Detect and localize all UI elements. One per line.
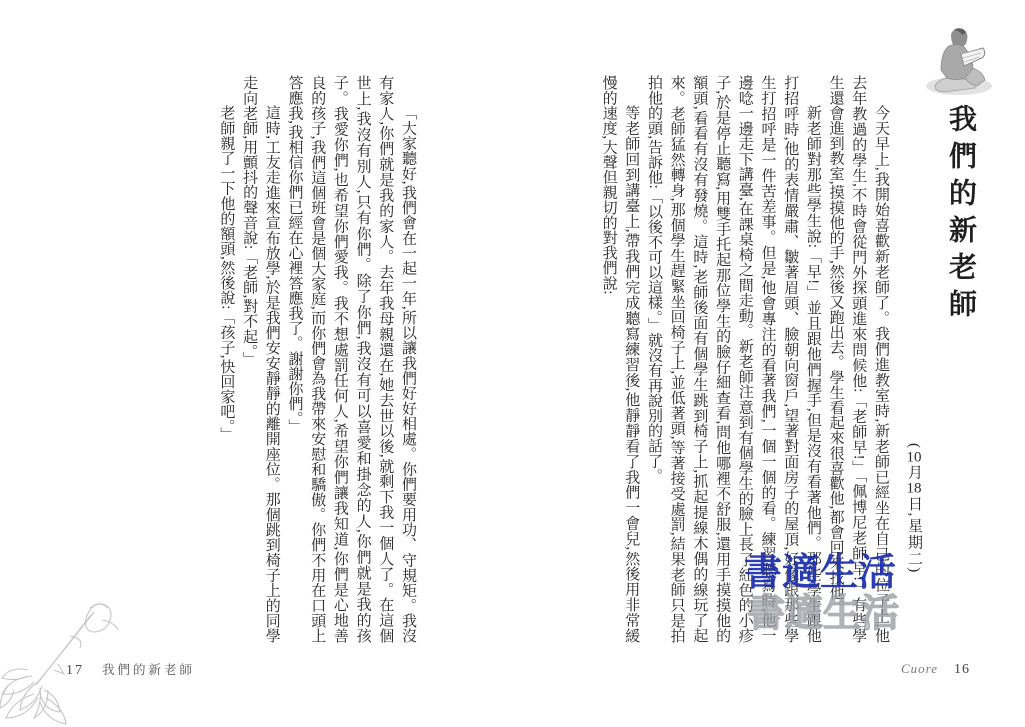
- date-month-char: 月: [906, 465, 922, 482]
- page-16-text: 今天早上,我開始喜歡新老師了。我們進教室時,新老師已經坐在自己的位子上,他去年教…: [574, 75, 892, 643]
- paragraph: 等老師回到講臺上,帶我們完成聽寫練習後,他靜靜看了我們一會兒,然後用非常緩慢的速…: [597, 75, 642, 643]
- page-number-left: 17: [66, 663, 84, 679]
- paragraph: 今天早上,我開始喜歡新老師了。我們進教室時,新老師已經坐在自己的位子上,他去年教…: [824, 75, 892, 643]
- chapter-title: 我們的新老師: [940, 104, 980, 344]
- flower-line-illustration: [0, 590, 138, 727]
- footer-chapter-title: 我們的新老師: [102, 660, 195, 678]
- date-month-number: 10: [906, 450, 922, 465]
- page-17-text: 「大家聽好,我們會在一起一年,所以讓我們好好相處。你們要用功、守規矩。我沒有家人…: [213, 75, 419, 643]
- chapter-date: (10月18日,星期二): [904, 443, 925, 643]
- footer-book-title: Cuore: [901, 661, 938, 677]
- date-day-number: 18: [906, 481, 922, 496]
- date-rest: 日,星期二): [906, 496, 922, 574]
- page-number-right: 16: [954, 662, 970, 678]
- footer-left: 17 我們的新老師: [66, 660, 195, 679]
- paragraph: 「大家聽好,我們會在一起一年,所以讓我們好好相處。你們要用功、守規矩。我沒有家人…: [283, 75, 419, 643]
- paragraph: 老師親了一下他的額頭,然後說:「孩子,快回家吧。」: [215, 75, 238, 643]
- paragraph: 這時,工友走進來宣布放學,於是我們安安靜靜的離開座位。那個跳到椅子上的同學走向老…: [237, 75, 282, 643]
- boy-reading-illustration: [921, 20, 997, 98]
- paragraph: 新老師對那些學生說:「早!」並且跟他們握手,但是沒有看著他們。那些學生跟他打招呼…: [642, 75, 824, 643]
- book-spread: { "chapter": { "title": "我們的新老師", "date"…: [0, 0, 1025, 727]
- footer-right: Cuore 16: [901, 661, 970, 678]
